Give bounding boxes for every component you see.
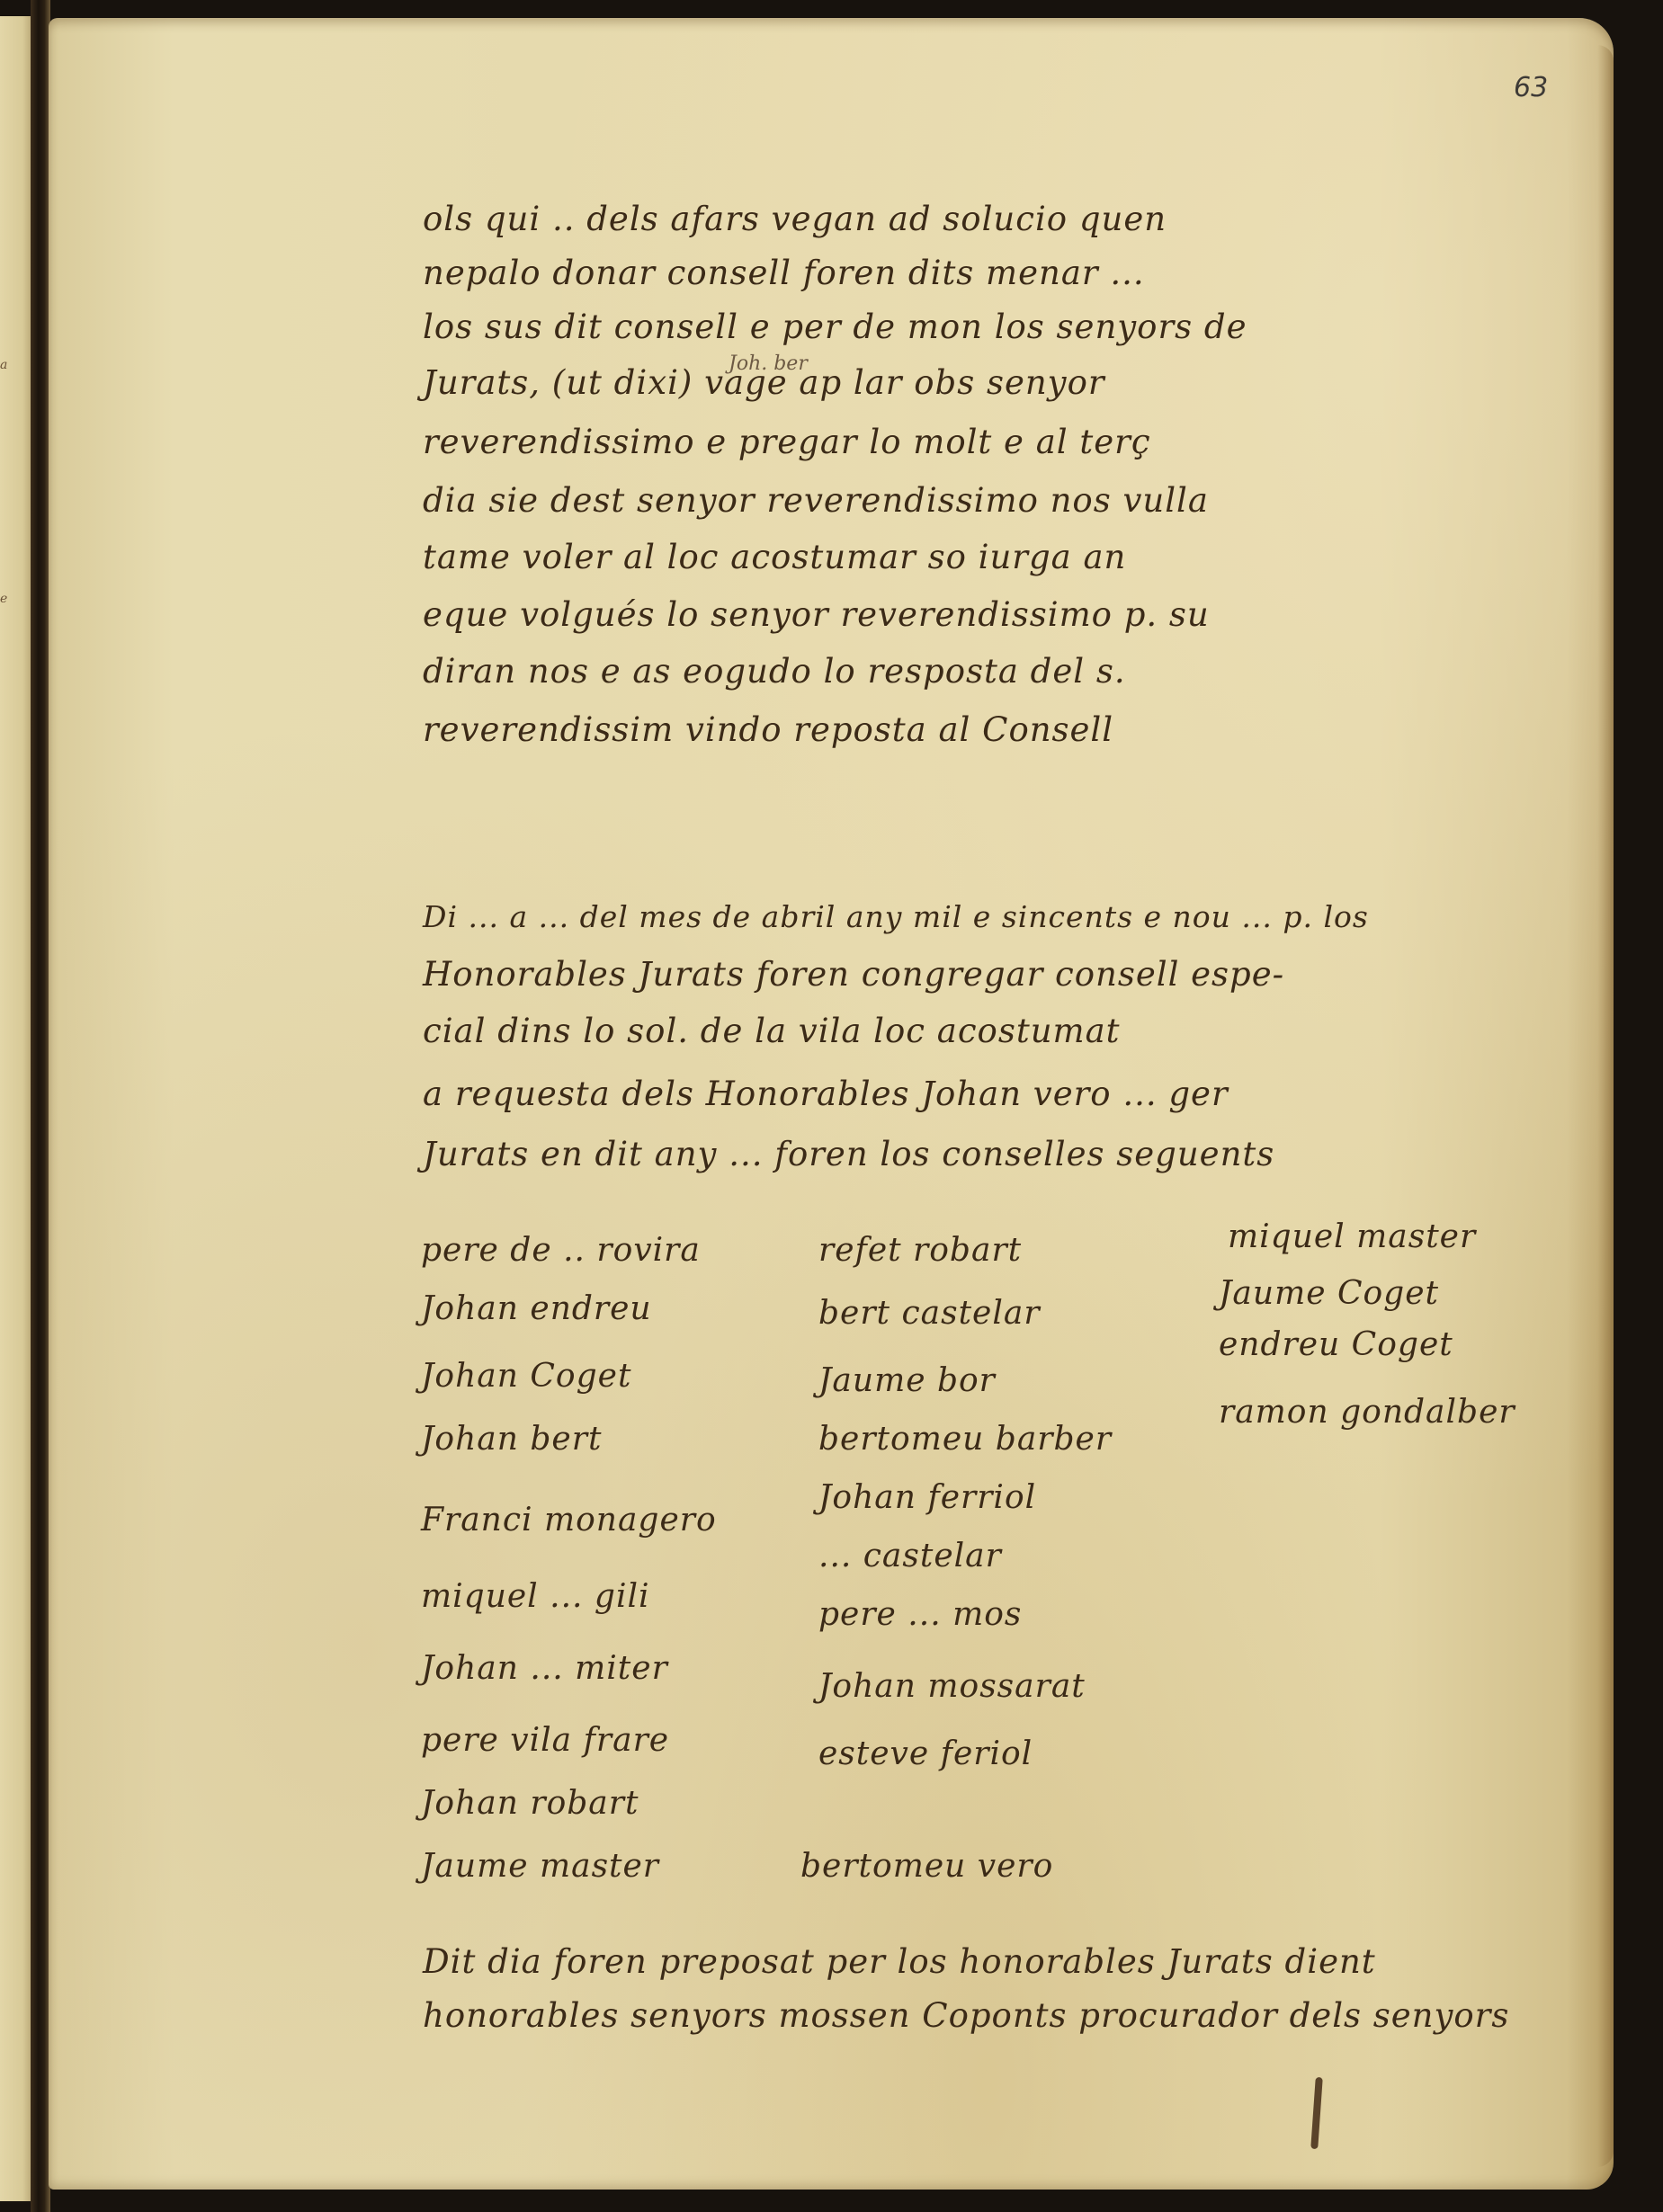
councillor-name: endreu Coget <box>1219 1326 1453 1363</box>
text-line: eque volgués lo senyor reverendissimo p.… <box>423 595 1210 634</box>
text-line: tame voler al loc acostumar so iurga an <box>423 538 1126 576</box>
councillor-name: refet robart <box>818 1232 1022 1269</box>
text-line: cial dins lo sol. de la vila loc acostum… <box>423 1012 1121 1050</box>
folio-number: 63 <box>1514 72 1548 103</box>
previous-page-fragment: a <box>0 358 7 372</box>
councillor-name: miquel master <box>1228 1218 1476 1255</box>
text-line: Dit dia foren preposat per los honorable… <box>423 1942 1376 1981</box>
councillor-name: miquel ... gili <box>421 1578 650 1615</box>
text-line: dia sie dest senyor reverendissimo nos v… <box>423 481 1209 520</box>
text-line: reverendissim vindo reposta al Consell <box>423 710 1113 749</box>
councillor-name: Jaume Coget <box>1219 1275 1439 1312</box>
councillor-name: pere ... mos <box>818 1596 1022 1633</box>
councillor-name: Johan ... miter <box>421 1650 668 1687</box>
councillor-name: Johan bert <box>421 1421 602 1458</box>
councillor-name: ... castelar <box>818 1538 1002 1574</box>
councillor-name: bertomeu vero <box>800 1848 1053 1885</box>
text-line: Jurats en dit any ... foren los conselle… <box>423 1135 1274 1173</box>
binding-gutter <box>31 0 50 2212</box>
councillor-name: Johan endreu <box>421 1290 652 1327</box>
councillor-name: Johan mossarat <box>818 1668 1086 1705</box>
councillor-name: pere vila frare <box>421 1722 669 1759</box>
councillor-name: Johan ferriol <box>818 1479 1036 1516</box>
text-line: diran nos e as eogudo lo resposta del s. <box>423 652 1126 691</box>
text-line: nepalo donar consell foren dits menar ..… <box>423 254 1145 292</box>
councillor-name: Johan Coget <box>421 1358 631 1395</box>
councillor-name: Jaume master <box>421 1848 659 1885</box>
councillor-name: Jaume bor <box>818 1362 996 1399</box>
councillor-name: bert castelar <box>818 1295 1041 1332</box>
previous-page-edge: a e <box>0 16 32 2201</box>
text-line: Di ... a ... del mes de abril any mil e … <box>423 899 1369 934</box>
previous-page-fragment: e <box>0 592 7 606</box>
interlinear-note: Joh. ber <box>729 352 808 375</box>
text-line: honorables senyors mossen Coponts procur… <box>423 1996 1509 2035</box>
councillor-name: Franci monagero <box>421 1502 717 1539</box>
councillor-name: pere de .. rovira <box>421 1232 701 1269</box>
councillor-name: esteve feriol <box>818 1735 1033 1772</box>
text-line: ols qui .. dels afars vegan ad solucio q… <box>423 200 1167 238</box>
councillor-name: bertomeu barber <box>818 1421 1112 1458</box>
text-line: reverendissimo e pregar lo molt e al ter… <box>423 423 1151 461</box>
councillor-name: ramon gondalber <box>1219 1394 1515 1431</box>
text-line: los sus dit consell e per de mon los sen… <box>423 308 1247 346</box>
councillor-name: Johan robart <box>421 1785 639 1822</box>
text-line: Honorables Jurats foren congregar consel… <box>423 955 1284 994</box>
text-line: a requesta dels Honorables Johan vero ..… <box>423 1075 1229 1113</box>
